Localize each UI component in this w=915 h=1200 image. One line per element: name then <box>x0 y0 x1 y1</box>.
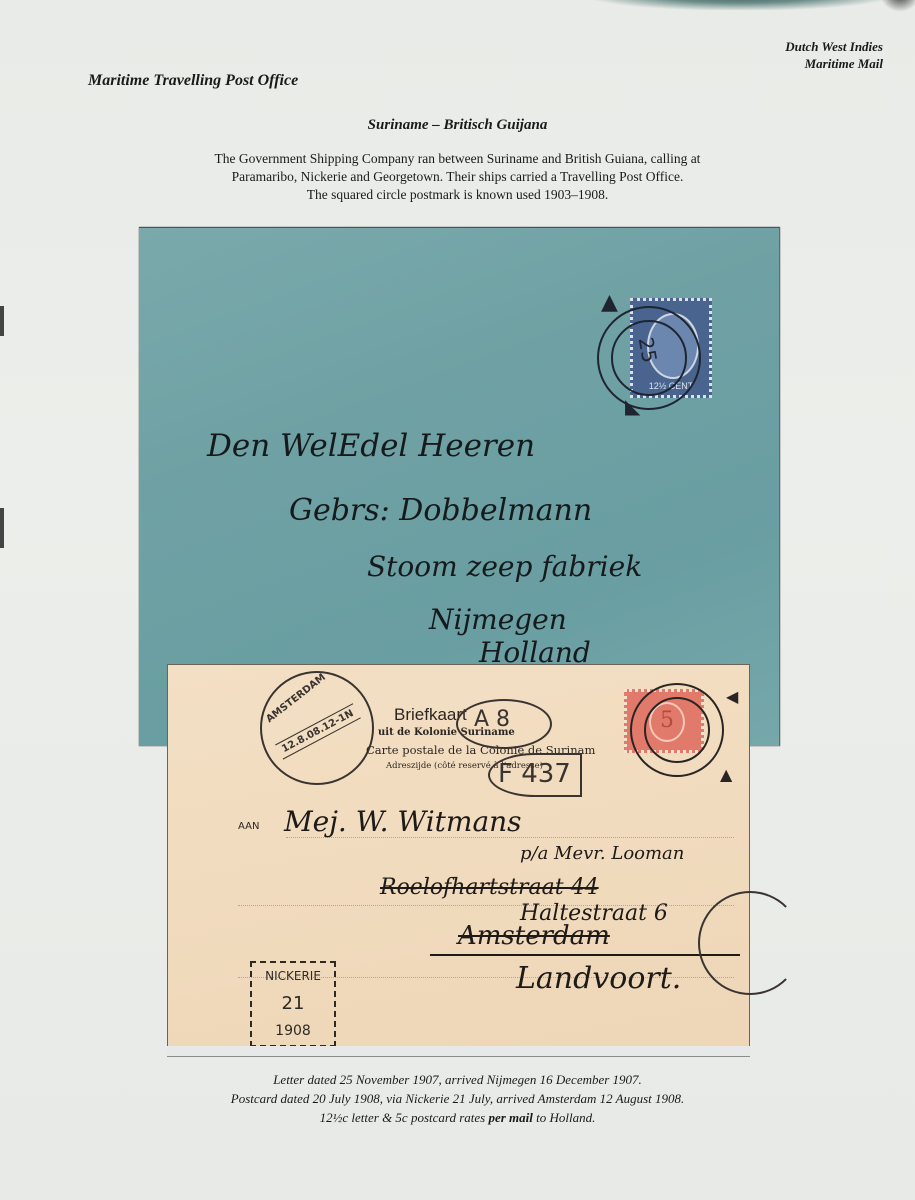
postmark-day: 25 <box>634 335 662 364</box>
address-line: Nijmegen <box>429 603 567 636</box>
caption-line: Letter dated 25 November 1907, arrived N… <box>0 1070 915 1089</box>
intro-line: The Government Shipping Company ran betw… <box>0 150 915 168</box>
postcard: AMSTERDAM 12.8.08.12-1N Briefkaart uit d… <box>167 664 750 1048</box>
intro-line: Paramaribo, Nickerie and Georgetown. The… <box>0 168 915 186</box>
collection-label-line1: Dutch West Indies <box>785 38 883 55</box>
caption-emphasis: per mail <box>488 1110 532 1125</box>
address-line-struck: Amsterdam <box>458 921 610 951</box>
boxed-mark-text: F 437 <box>498 759 571 789</box>
intro-line: The squared circle postmark is known use… <box>0 186 915 204</box>
arrival-postmark-partial <box>698 891 802 995</box>
nickerie-postmark-name: NICKERIE <box>252 969 334 983</box>
collection-label: Dutch West Indies Maritime Mail <box>785 38 883 72</box>
nickerie-postmark-year: 1908 <box>252 1023 334 1039</box>
caption: Letter dated 25 November 1907, arrived N… <box>0 1070 915 1127</box>
address-line: Mej. W. Witmans <box>284 805 522 838</box>
address-line: Landvoort. <box>516 961 681 996</box>
address-line: Gebrs: Dobbelmann <box>289 493 592 528</box>
caption-line: Postcard dated 20 July 1908, via Nickeri… <box>0 1089 915 1108</box>
squared-circle-postmark-inner <box>644 697 710 763</box>
section-subtitle: Suriname – Britisch Guijana <box>0 117 915 134</box>
postmark-corner-mark: ▲ <box>720 765 732 784</box>
address-line-struck: Roelofhartstraat 44 <box>380 875 599 900</box>
page-edge-mark <box>0 306 4 336</box>
address-line: Stoom zeep fabriek <box>367 550 642 583</box>
postmark-corner-mark: ▲ <box>601 290 618 315</box>
oval-transit-mark-text: A 8 <box>474 707 510 732</box>
caption-text: to Holland. <box>533 1110 595 1125</box>
caption-line: 12½c letter & 5c postcard rates per mail… <box>0 1108 915 1127</box>
caption-text: 12½c letter & 5c postcard rates <box>320 1110 489 1125</box>
display-mount-strip <box>167 1046 750 1057</box>
nickerie-postmark: NICKERIE 21 1908 <box>250 961 336 1047</box>
nickerie-postmark-day: 21 <box>252 993 334 1014</box>
collection-label-line2: Maritime Mail <box>785 55 883 72</box>
postmark-corner-mark: ◣ <box>625 394 640 418</box>
page-edge-mark <box>0 508 4 548</box>
underline-rule <box>430 954 740 956</box>
page-edge-shadow <box>590 0 890 10</box>
intro-text: The Government Shipping Company ran betw… <box>0 150 915 204</box>
postmark-corner-mark: ◀ <box>726 687 738 706</box>
address-label: AAN <box>238 821 259 832</box>
page-title: Maritime Travelling Post Office <box>88 72 298 90</box>
page-edge-shadow <box>880 0 915 12</box>
address-line: Den WelEdel Heeren <box>207 428 535 464</box>
address-line: p/a Mevr. Looman <box>520 843 684 864</box>
